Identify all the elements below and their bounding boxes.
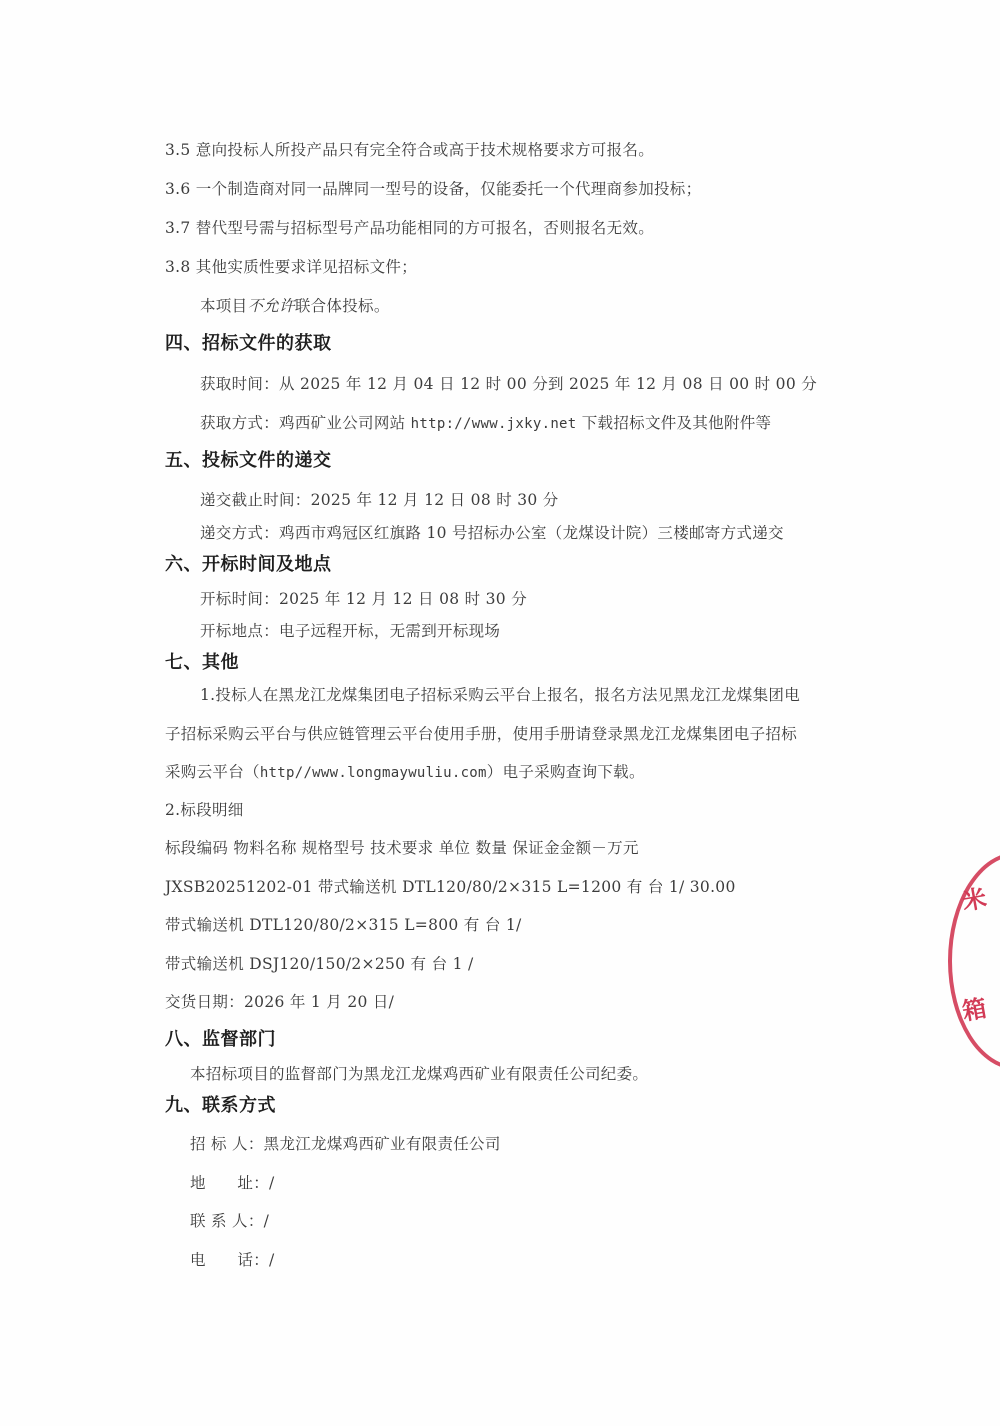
section-7-heading: 七、其他 <box>165 652 239 674</box>
field-label: 递交截止时间： <box>200 491 311 509</box>
opening-place: 开标地点：电子远程开标，无需到开标现场 <box>200 621 500 641</box>
contact-label: 地 址： <box>190 1174 269 1192</box>
section-4-heading: 四、招标文件的获取 <box>165 333 332 355</box>
section-9-heading: 九、联系方式 <box>165 1095 276 1117</box>
field-value: 从 2025 年 12 月 04 日 12 时 00 分到 2025 年 12 … <box>279 375 817 393</box>
field-value: 鸡西矿业公司网站 <box>279 414 405 432</box>
section-6-heading: 六、开标时间及地点 <box>165 554 332 576</box>
platform-link[interactable]: http//www.longmaywuliu.com <box>260 765 487 781</box>
field-value: 2025 年 12 月 12 日 08 时 30 分 <box>279 590 527 608</box>
text-prefix: 采购云平台（ <box>165 763 260 781</box>
field-label: 获取时间： <box>200 375 279 393</box>
section-8-heading: 八、监督部门 <box>165 1029 276 1051</box>
supervision-text: 本招标项目的监督部门为黑龙江龙煤鸡西矿业有限责任公司纪委。 <box>190 1064 648 1084</box>
clause-text: 一个制造商对同一品牌同一型号的设备，仅能委托一个代理商参加投标； <box>196 180 702 198</box>
field-value: 2025 年 12 月 12 日 08 时 30 分 <box>311 491 559 509</box>
text-suffix: ）电子采购查询下载。 <box>487 763 645 781</box>
contact-value: / <box>269 1251 275 1269</box>
website-link[interactable]: http://www.jxky.net <box>411 416 577 432</box>
opening-time: 开标时间：2025 年 12 月 12 日 08 时 30 分 <box>200 589 527 609</box>
delivery-date: 交货日期：2026 年 1 月 20 日/ <box>165 992 394 1012</box>
field-label: 开标地点： <box>200 622 279 640</box>
contact-value: 黑龙江龙煤鸡西矿业有限责任公司 <box>264 1135 501 1153</box>
section-5-heading: 五、投标文件的递交 <box>165 450 332 472</box>
registration-para-line-1: 1.投标人在黑龙江龙煤集团电子招标采购云平台上报名，报名方法见黑龙江龙煤集团电 <box>200 685 800 705</box>
lot-row: JXSB20251202-01 带式输送机 DTL120/80/2×315 L=… <box>165 877 736 897</box>
field-label: 递交方式： <box>200 524 279 542</box>
submission-deadline: 递交截止时间：2025 年 12 月 12 日 08 时 30 分 <box>200 490 559 510</box>
contact-tenderer: 招 标 人：黑龙江龙煤鸡西矿业有限责任公司 <box>190 1134 501 1154</box>
field-label: 开标时间： <box>200 590 279 608</box>
consortium-note: 本项目不允许联合体投标。 <box>200 296 390 316</box>
contact-label: 联 系 人： <box>190 1212 264 1230</box>
consortium-prefix: 本项目 <box>200 297 247 315</box>
clause-3-8: 3.8 其他实质性要求详见招标文件； <box>165 257 417 277</box>
contact-value: / <box>269 1174 275 1192</box>
field-label: 获取方式： <box>200 414 279 432</box>
contact-value: / <box>264 1212 270 1230</box>
lot-row: 带式输送机 DSJ120/150/2×250 有 台 1 / <box>165 954 474 974</box>
clause-3-5: 3.5 意向投标人所投产品只有完全符合或高于技术规格要求方可报名。 <box>165 140 654 160</box>
registration-para-line-3: 采购云平台（http//www.longmaywuliu.com）电子采购查询下… <box>165 762 645 783</box>
field-value: 鸡西市鸡冠区红旗路 10 号招标办公室（龙煤设计院）三楼邮寄方式递交 <box>279 524 784 542</box>
contact-label: 电 话： <box>190 1251 269 1269</box>
lot-table-header: 标段编码 物料名称 规格型号 技术要求 单位 数量 保证金金额－万元 <box>165 838 639 858</box>
clause-number: 3.7 <box>165 219 191 237</box>
clause-3-6: 3.6 一个制造商对同一品牌同一型号的设备，仅能委托一个代理商参加投标； <box>165 179 701 199</box>
clause-number: 3.5 <box>165 141 191 159</box>
contact-person: 联 系 人：/ <box>190 1211 269 1231</box>
lot-details-title: 2.标段明细 <box>165 800 244 820</box>
acquisition-time: 获取时间：从 2025 年 12 月 04 日 12 时 00 分到 2025 … <box>200 374 817 394</box>
clause-number: 3.8 <box>165 258 191 276</box>
clause-number: 3.6 <box>165 180 191 198</box>
document-page: 3.5 意向投标人所投产品只有完全符合或高于技术规格要求方可报名。 3.6 一个… <box>0 0 1000 1426</box>
clause-3-7: 3.7 替代型号需与招标型号产品功能相同的方可报名，否则报名无效。 <box>165 218 654 238</box>
clause-text: 替代型号需与招标型号产品功能相同的方可报名，否则报名无效。 <box>196 219 654 237</box>
field-value: 电子远程开标，无需到开标现场 <box>279 622 500 640</box>
consortium-suffix: 联合体投标。 <box>295 297 390 315</box>
contact-label: 招 标 人： <box>190 1135 264 1153</box>
consortium-emphasis: 不允许 <box>247 297 294 315</box>
clause-text: 意向投标人所投产品只有完全符合或高于技术规格要求方可报名。 <box>196 141 654 159</box>
contact-address: 地 址：/ <box>190 1173 275 1193</box>
contact-phone: 电 话：/ <box>190 1250 275 1270</box>
lot-row: 带式输送机 DTL120/80/2×315 L=800 有 台 1/ <box>165 915 522 935</box>
acquisition-method: 获取方式：鸡西矿业公司网站 http://www.jxky.net 下载招标文件… <box>200 413 771 434</box>
clause-text: 其他实质性要求详见招标文件； <box>196 258 417 276</box>
field-value-suffix: 下载招标文件及其他附件等 <box>582 414 772 432</box>
submission-method: 递交方式：鸡西市鸡冠区红旗路 10 号招标办公室（龙煤设计院）三楼邮寄方式递交 <box>200 523 784 543</box>
registration-para-line-2: 子招标采购云平台与供应链管理云平台使用手册，使用手册请登录黑龙江龙煤集团电子招标 <box>165 724 797 744</box>
